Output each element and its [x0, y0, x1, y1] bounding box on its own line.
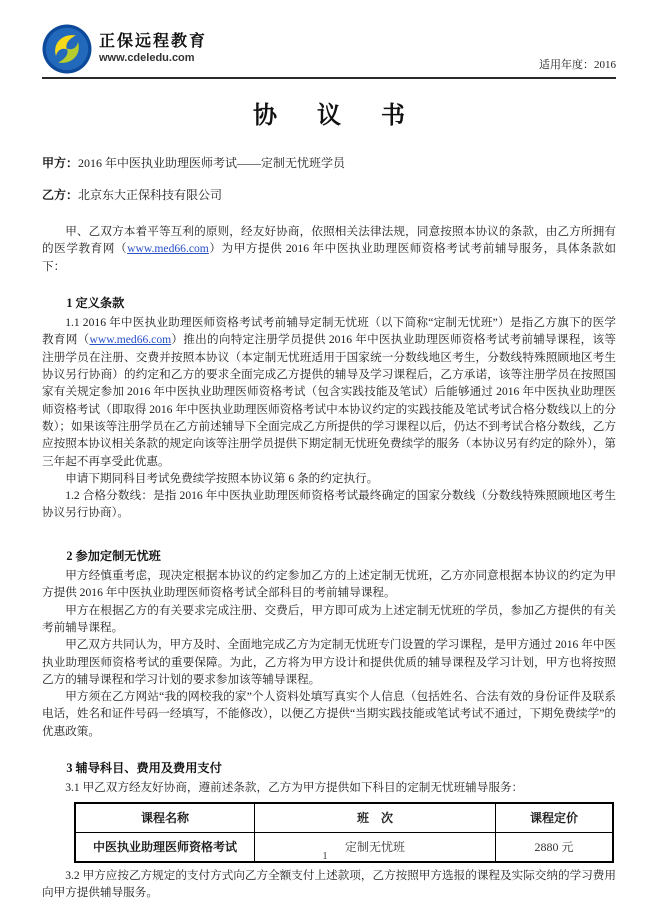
- table-header-course-price: 课程定价: [496, 803, 614, 833]
- clause-2-3: 甲乙双方共同认为，甲方及时、全面地完成乙方为定制无忧班专门设置的学习课程，是甲方…: [42, 636, 616, 688]
- clause-3-2: 3.2 甲方应按乙方规定的支付方式向乙方全额支付上述款项，乙方按照甲方选报的课程…: [42, 867, 616, 902]
- clause-2-2: 甲方在根据乙方的有关要求完成注册、交费后，甲方即可成为上述定制无忧班的学员，参加…: [42, 602, 616, 637]
- party-a-text: 2016 年中医执业助理医师考试——定制无忧班学员: [78, 156, 345, 170]
- page-number: 1: [0, 850, 650, 862]
- party-b-text: 北京东大正保科技有限公司: [78, 188, 222, 202]
- party-b-label: 乙方：: [42, 188, 78, 202]
- intro-paragraph: 甲、乙双方本着平等互利的原则，经友好协商，依照相关法律法规，同意按照本协议的条款…: [42, 223, 616, 275]
- brand-name: 正保远程教育: [99, 33, 207, 51]
- med66-link-2[interactable]: www.med66.com: [89, 333, 171, 346]
- section-2-heading: 2 参加定制无忧班: [42, 548, 616, 565]
- table-header-class-type: 班 次: [255, 803, 496, 833]
- brand-url: www.cdeledu.com: [99, 52, 207, 65]
- company-logo-icon: [42, 24, 92, 74]
- party-a-line: 甲方：2016 年中医执业助理医师考试——定制无忧班学员: [42, 154, 616, 171]
- applicable-year-label: 适用年度：2016: [539, 56, 616, 74]
- section-1-heading: 1 定义条款: [42, 295, 616, 312]
- clause-3-1: 3.1 甲乙双方经友好协商，遵前述条款，乙方为甲方提供如下科目的定制无忧班辅导服…: [42, 779, 616, 796]
- clause-1-2: 1.2 合格分数线：是指 2016 年中医执业助理医师资格考试最终确定的国家分数…: [42, 487, 616, 522]
- brand-text: 正保远程教育 www.cdeledu.com: [99, 33, 207, 64]
- document-title: 协 议 书: [42, 95, 616, 130]
- clause-1-1: 1.1 2016 年中医执业助理医师资格考试考前辅导定制无忧班（以下简称“定制无…: [42, 314, 616, 470]
- clause-1-1-post: ）推出的向特定注册学员提供 2016 年中医执业助理医师资格考试考前辅导课程，该…: [42, 333, 616, 467]
- course-table-header-row: 课程名称 班 次 课程定价: [75, 803, 613, 833]
- party-b-line: 乙方：北京东大正保科技有限公司: [42, 186, 616, 203]
- clause-2-1: 甲方经慎重考虑，现决定根据本协议的约定参加乙方的上述定制无忧班，乙方亦同意根据本…: [42, 567, 616, 602]
- agreement-page: 正保远程教育 www.cdeledu.com 适用年度：2016 协 议 书 甲…: [0, 0, 650, 919]
- clause-2-4: 甲方须在乙方网站“我的网校我的家”个人资料处填写真实个人信息（包括姓名、合法有效…: [42, 688, 616, 740]
- table-header-course-name: 课程名称: [75, 803, 255, 833]
- section-3-heading: 3 辅导科目、费用及费用支付: [42, 760, 616, 777]
- party-a-label: 甲方：: [42, 156, 78, 170]
- page-header: 正保远程教育 www.cdeledu.com 适用年度：2016: [42, 24, 616, 79]
- clause-renewal: 申请下期同科目考试免费续学按照本协议第 6 条的约定执行。: [42, 470, 616, 487]
- med66-link[interactable]: www.med66.com: [127, 242, 209, 255]
- brand-block: 正保远程教育 www.cdeledu.com: [42, 24, 207, 74]
